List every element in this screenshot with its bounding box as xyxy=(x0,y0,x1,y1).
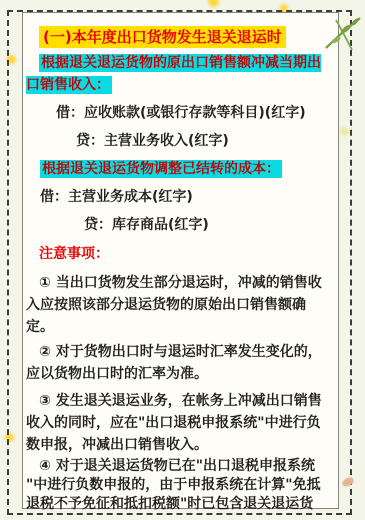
notice-item-2: ② 对于货物出口时与退运时汇率发生变化的， 应以货物出口时的汇率为准。 xyxy=(26,341,336,385)
rule-revenue-reversal-text: 根据退关退运货物的原出口销售额冲减当期出 口销售收入： xyxy=(26,54,321,94)
notice-heading: 注意事项： xyxy=(39,243,109,265)
journal-entry-credit-inventory: 贷：库存商品(红字) xyxy=(84,214,209,236)
yellow-dot xyxy=(208,0,219,7)
journal-entry-debit-cost: 借：主营业务成本(红字) xyxy=(40,186,193,208)
section-title-text: (一)本年度出口货物发生退关退运时 xyxy=(39,26,286,48)
rule-cost-adjustment-text: 根据退关退运货物调整已结转的成本： xyxy=(40,160,282,178)
leaf-sprig-icon xyxy=(322,10,364,58)
notice-item-4: ④ 对于退关退运货物已在"出口退税申报系统 "中进行负数申报的，由于申报系统在计… xyxy=(26,457,336,514)
notice-item-1: ① 当出口货物发生部分退运时，冲减的销售收 入应按照该部分退运货物的原始出口销售… xyxy=(26,272,336,338)
section-title: (一)本年度出口货物发生退关退运时 xyxy=(39,26,286,49)
note-card: (一)本年度出口货物发生退关退运时 根据退关退运货物的原出口销售额冲减当期出 口… xyxy=(0,0,365,520)
rule-revenue-reversal: 根据退关退运货物的原出口销售额冲减当期出 口销售收入： xyxy=(26,52,336,96)
notice-item-3: ③ 发生退关退运业务，在帐务上冲减出口销售 收入的同时，应在"出口退税申报系统"… xyxy=(26,390,336,456)
note-panel: (一)本年度出口货物发生退关退运时 根据退关退运货物的原出口销售额冲减当期出 口… xyxy=(22,12,339,509)
rule-cost-adjustment: 根据退关退运货物调整已结转的成本： xyxy=(40,158,282,180)
journal-entry-credit-revenue: 贷：主营业务收入(红字) xyxy=(76,130,229,152)
journal-entry-debit-receivable: 借：应收账款(或银行存款等科目)(红字) xyxy=(56,102,306,124)
